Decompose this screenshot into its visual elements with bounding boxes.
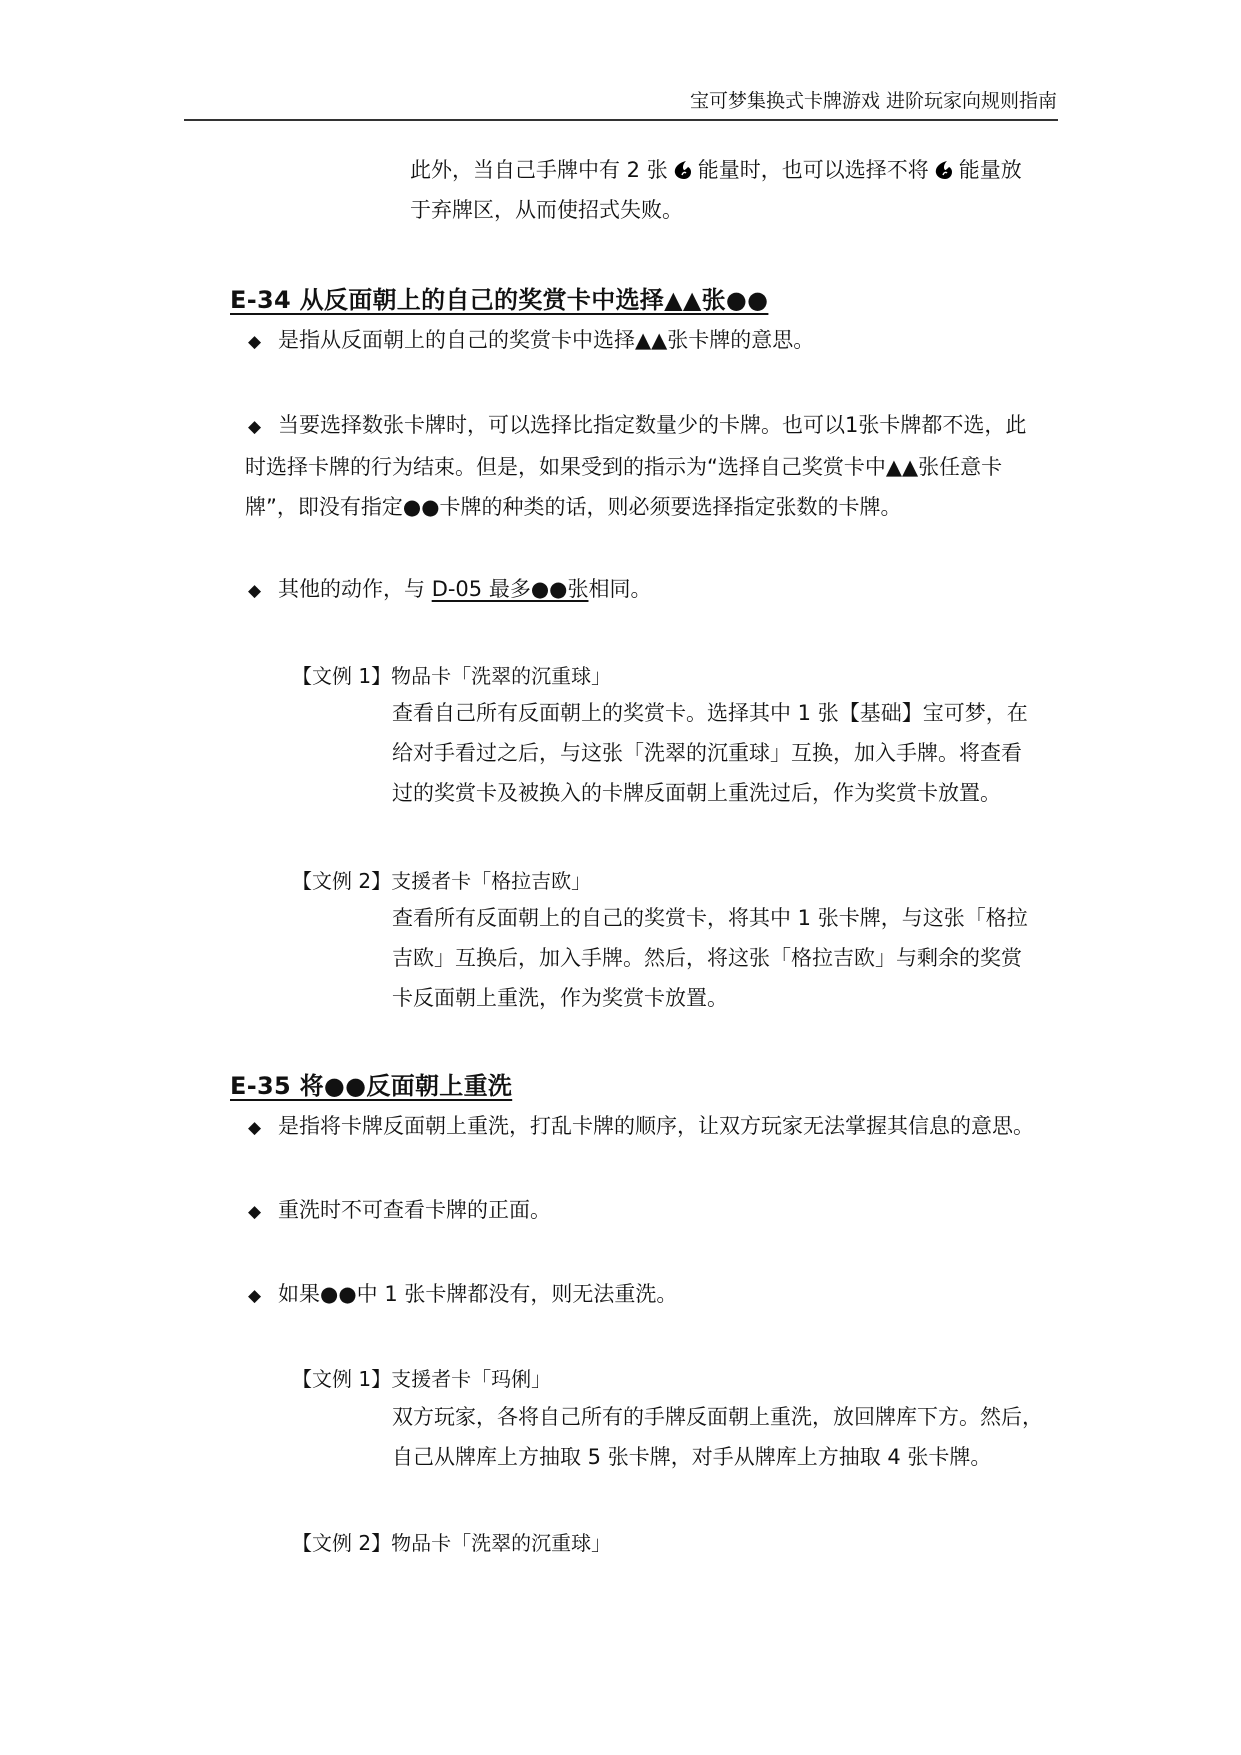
cross-reference-link[interactable]: D-05 最多●●张 xyxy=(432,577,589,601)
bullet-item: ◆当要选择数张卡牌时，可以选择比指定数量少的卡牌。也可以1张卡牌都不选，此 时选… xyxy=(248,405,1026,527)
fire-energy-icon xyxy=(933,153,955,173)
example-body: 查看自己所有反面朝上的奖赏卡。选择其中 1 张【基础】宝可梦，在 给对手看过之后… xyxy=(392,693,1028,813)
bullet-item: ◆是指将卡牌反面朝上重洗，打乱卡牌的顺序，让双方玩家无法掌握其信息的意思。 xyxy=(248,1106,1034,1148)
intro-paragraph: 此外，当自己手牌中有 2 张能量时，也可以选择不将能量放 于弃牌区，从而使招式失… xyxy=(410,150,1022,230)
example-body: 查看所有反面朝上的自己的奖赏卡，将其中 1 张卡牌，与这张「格拉 吉欧」互换后，… xyxy=(392,898,1028,1018)
section-heading-e34: E-34 从反面朝上的自己的奖赏卡中选择▲▲张●● xyxy=(230,283,768,317)
running-header: 宝可梦集换式卡牌游戏 进阶玩家向规则指南 xyxy=(690,86,1057,113)
diamond-bullet-icon: ◆ xyxy=(248,407,278,447)
intro-line-1: 此外，当自己手牌中有 2 张能量时，也可以选择不将能量放 xyxy=(410,150,1022,190)
header-rule xyxy=(184,119,1058,121)
bullet-item: ◆如果●●中 1 张卡牌都没有，则无法重洗。 xyxy=(248,1274,677,1316)
diamond-bullet-icon: ◆ xyxy=(248,322,278,362)
bullet-item: ◆重洗时不可查看卡牌的正面。 xyxy=(248,1190,551,1232)
diamond-bullet-icon: ◆ xyxy=(248,1192,278,1232)
fire-energy-icon xyxy=(672,153,694,173)
bullet-item: ◆是指从反面朝上的自己的奖赏卡中选择▲▲张卡牌的意思。 xyxy=(248,320,814,362)
diamond-bullet-icon: ◆ xyxy=(248,1276,278,1316)
example-title: 【文例 1】物品卡「洗翠的沉重球」 xyxy=(292,661,611,691)
section-heading-e35: E-35 将●●反面朝上重洗 xyxy=(230,1069,512,1103)
bullet-item: ◆其他的动作，与 D-05 最多●●张相同。 xyxy=(248,569,651,611)
example-title: 【文例 2】支援者卡「格拉吉欧」 xyxy=(292,866,591,896)
intro-line-2: 于弃牌区，从而使招式失败。 xyxy=(410,190,1022,230)
example-body: 双方玩家，各将自己所有的手牌反面朝上重洗，放回牌库下方。然后， 自己从牌库上方抽… xyxy=(392,1397,1043,1477)
example-title: 【文例 2】物品卡「洗翠的沉重球」 xyxy=(292,1528,611,1558)
diamond-bullet-icon: ◆ xyxy=(248,571,278,611)
diamond-bullet-icon: ◆ xyxy=(248,1108,278,1148)
example-title: 【文例 1】支援者卡「玛俐」 xyxy=(292,1364,551,1394)
